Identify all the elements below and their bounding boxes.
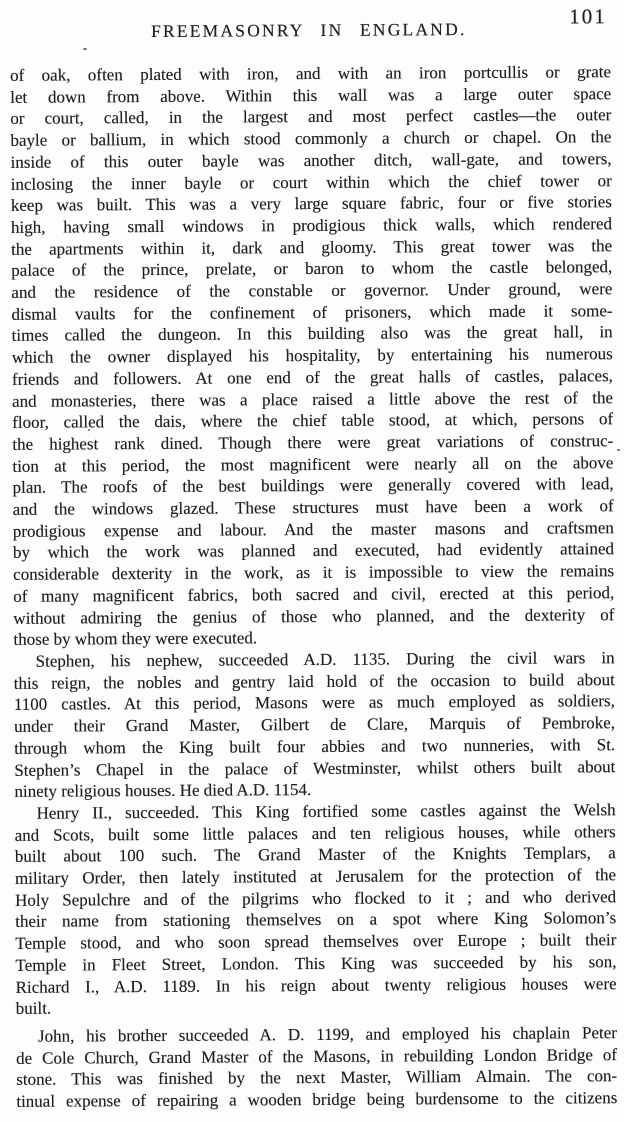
text-line: of many magnificent fabrics, both sacred… (13, 582, 614, 607)
paragraph: Stephen, his nephew, succeeded A.D. 1135… (14, 647, 616, 803)
page-content: FREEMASONRY IN ENGLAND. 101 of oak, ofte… (0, 0, 624, 1113)
paragraph: John, his brother succeeded A. D. 1199, … (16, 1022, 618, 1112)
text-line: John, his brother succeeded A. D. 1199, … (16, 1022, 617, 1047)
page-body: of oak, often plated with iron, and with… (0, 61, 624, 1113)
text-line: tinual expense of repairing a wooden bri… (16, 1087, 617, 1112)
page-number: 101 (569, 4, 607, 29)
text-line: built. (16, 994, 617, 1019)
text-line: friends and followers. At one end of the… (12, 365, 613, 390)
text-line: without admiring the genius of those who… (13, 604, 614, 629)
text-line: high, having small windows in prodigious… (11, 213, 612, 238)
text-line: through whom the King built four abbies … (14, 734, 615, 759)
paragraph: Henry II., succeeded. This King fortifie… (15, 799, 617, 1020)
text-line: Henry II., succeeded. This King fortifie… (15, 799, 616, 824)
text-line: Temple in Fleet Street, London. This Kin… (15, 951, 616, 976)
text-line: Stephen’s Chapel in the palace of Westmi… (14, 756, 615, 781)
text-line: inside of this outer bayle was another d… (11, 148, 612, 173)
text-line: Richard I., A.D. 1189. In his reign abou… (16, 973, 617, 998)
page-header: FREEMASONRY IN ENGLAND. 101 (0, 0, 621, 48)
running-title: FREEMASONRY IN ENGLAND. (0, 18, 621, 42)
paragraph: of oak, often plated with iron, and with… (10, 61, 615, 651)
scanned-book-page: FREEMASONRY IN ENGLAND. 101 of oak, ofte… (0, 0, 624, 1122)
text-line: the highest rank dined. Though there wer… (12, 430, 613, 455)
